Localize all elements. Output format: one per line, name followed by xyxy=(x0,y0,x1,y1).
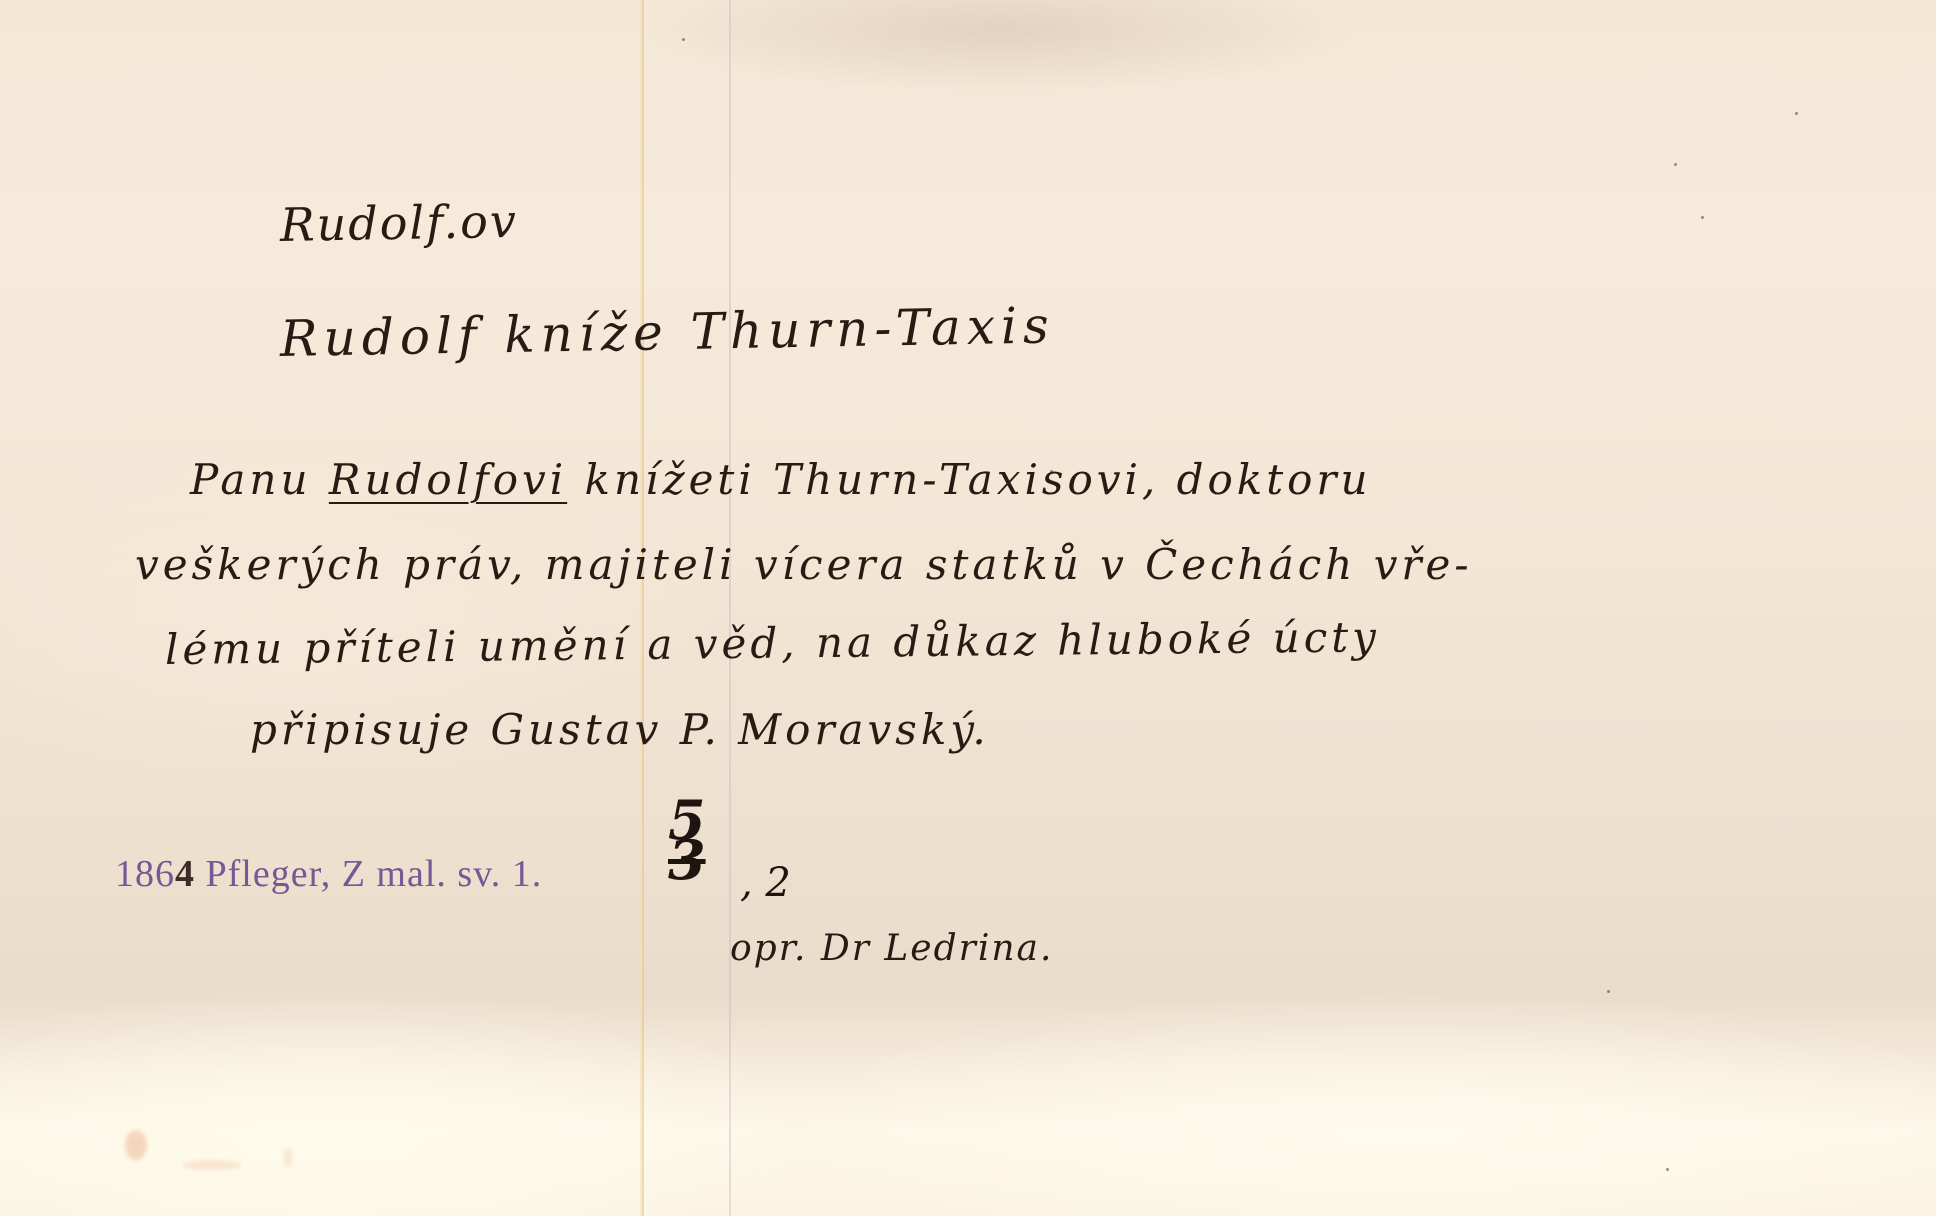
paper-speck xyxy=(1666,1168,1669,1171)
heading-short-name: Rudolf.ov xyxy=(280,194,519,252)
dedication-line-4: připisuje Gustav P. Moravský. xyxy=(250,705,990,754)
dedication-line-2: veškerých práv, majiteli vícera statků v… xyxy=(135,540,1473,589)
page-reference: 5 3 xyxy=(668,800,706,880)
ruled-line xyxy=(642,0,644,1216)
paper-speck xyxy=(1795,112,1798,115)
correction-note: opr. Dr Ledrina. xyxy=(730,928,1053,969)
stamp-year-prefix: 186 xyxy=(115,853,175,895)
paper-stain xyxy=(182,1160,242,1170)
paper-speck xyxy=(682,38,685,41)
page-number-struck: 3 xyxy=(668,840,706,880)
dedication-prefix: Panu xyxy=(190,455,329,504)
citation-stamp: 1864 Pfleger, Z mal. sv. 1. xyxy=(115,852,542,896)
paper-speck xyxy=(1701,216,1704,219)
ruled-line xyxy=(640,0,643,1216)
dedication-line-3: lému příteli umění a věd, na důkaz hlubo… xyxy=(165,612,1380,674)
ruled-line xyxy=(729,0,731,1216)
stamp-year-last-digit: 4 xyxy=(175,853,195,895)
paper-stain xyxy=(125,1130,147,1160)
dedication-suffix: knížeti Thurn-Taxisovi, doktoru xyxy=(567,455,1371,504)
paper-stain xyxy=(283,1148,293,1168)
index-card: Rudolf.ov Rudolf kníže Thurn-Taxis Panu … xyxy=(0,0,1936,1216)
dedication-line-1: Panu Rudolfovi knížeti Thurn-Taxisovi, d… xyxy=(190,455,1372,504)
dedication-underlined-name: Rudolfovi xyxy=(329,455,567,504)
stamp-text: Pfleger, Z mal. sv. 1. xyxy=(195,853,542,895)
page-reference-suffix: , 2 xyxy=(740,860,791,906)
heading-full-name: Rudolf kníže Thurn-Taxis xyxy=(279,296,1055,368)
paper-speck xyxy=(1674,163,1677,166)
paper-speck xyxy=(1607,990,1610,993)
